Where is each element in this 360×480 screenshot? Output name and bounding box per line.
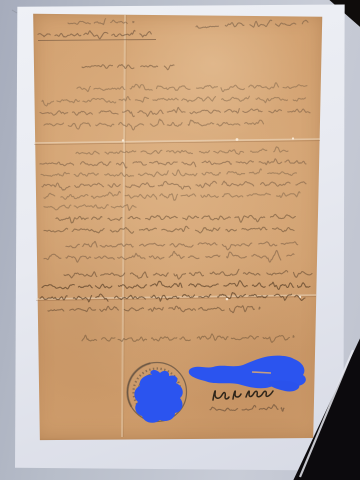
photo-of-letter bbox=[0, 0, 360, 480]
stray-pencil-mark bbox=[12, 10, 17, 13]
letter-paper bbox=[32, 12, 324, 441]
